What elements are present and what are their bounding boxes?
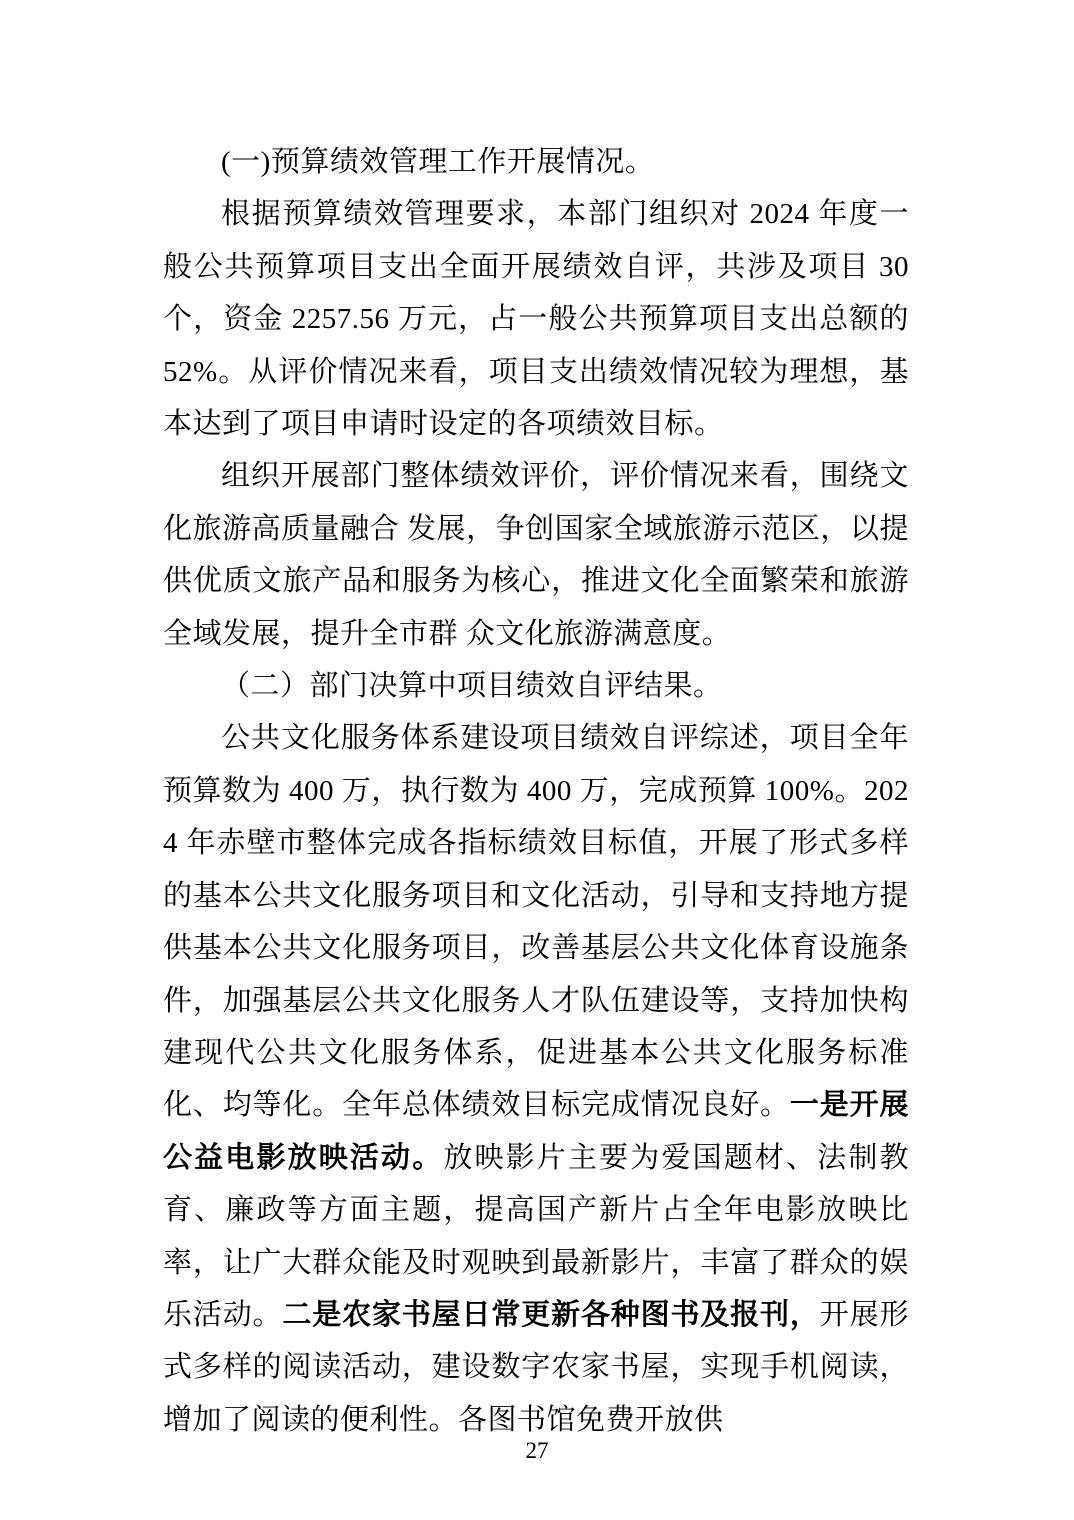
emphasis-text-run: 二是农家书屋日常更新各种图书及报刊， [282,1299,819,1331]
text-run: 根据预算绩效管理要求，本部门组织对 2024 年度一般公共预算项目支出全面开展绩… [163,198,909,440]
text-run: （二）部门决算中项目绩效自评结果。 [221,670,723,702]
text-run: 公共文化服务体系建设项目绩效自评综述，项目全年预算数为 400 万，执行数为 4… [163,722,909,1121]
document-page: { "page_number": "27", "document": { "pa… [0,0,1074,1520]
section-heading-1: (一)预算绩效管理工作开展情况。 [163,136,909,188]
text-run: 组织开展部门整体绩效评价，评价情况来看，围绕文化旅游高质量融合 发展，争创国家全… [163,460,909,649]
section-heading-2: （二）部门决算中项目绩效自评结果。 [163,660,909,712]
text-run: (一)预算绩效管理工作开展情况。 [221,146,654,178]
paragraph-public-culture-project: 公共文化服务体系建设项目绩效自评综述，项目全年预算数为 400 万，执行数为 4… [163,712,909,1446]
document-body: (一)预算绩效管理工作开展情况。根据预算绩效管理要求，本部门组织对 2024 年… [163,136,909,1446]
paragraph-overall-performance-evaluation: 组织开展部门整体绩效评价，评价情况来看，围绕文化旅游高质量融合 发展，争创国家全… [163,450,909,660]
page-number: 27 [0,1436,1074,1466]
paragraph-budget-self-evaluation: 根据预算绩效管理要求，本部门组织对 2024 年度一般公共预算项目支出全面开展绩… [163,188,909,450]
